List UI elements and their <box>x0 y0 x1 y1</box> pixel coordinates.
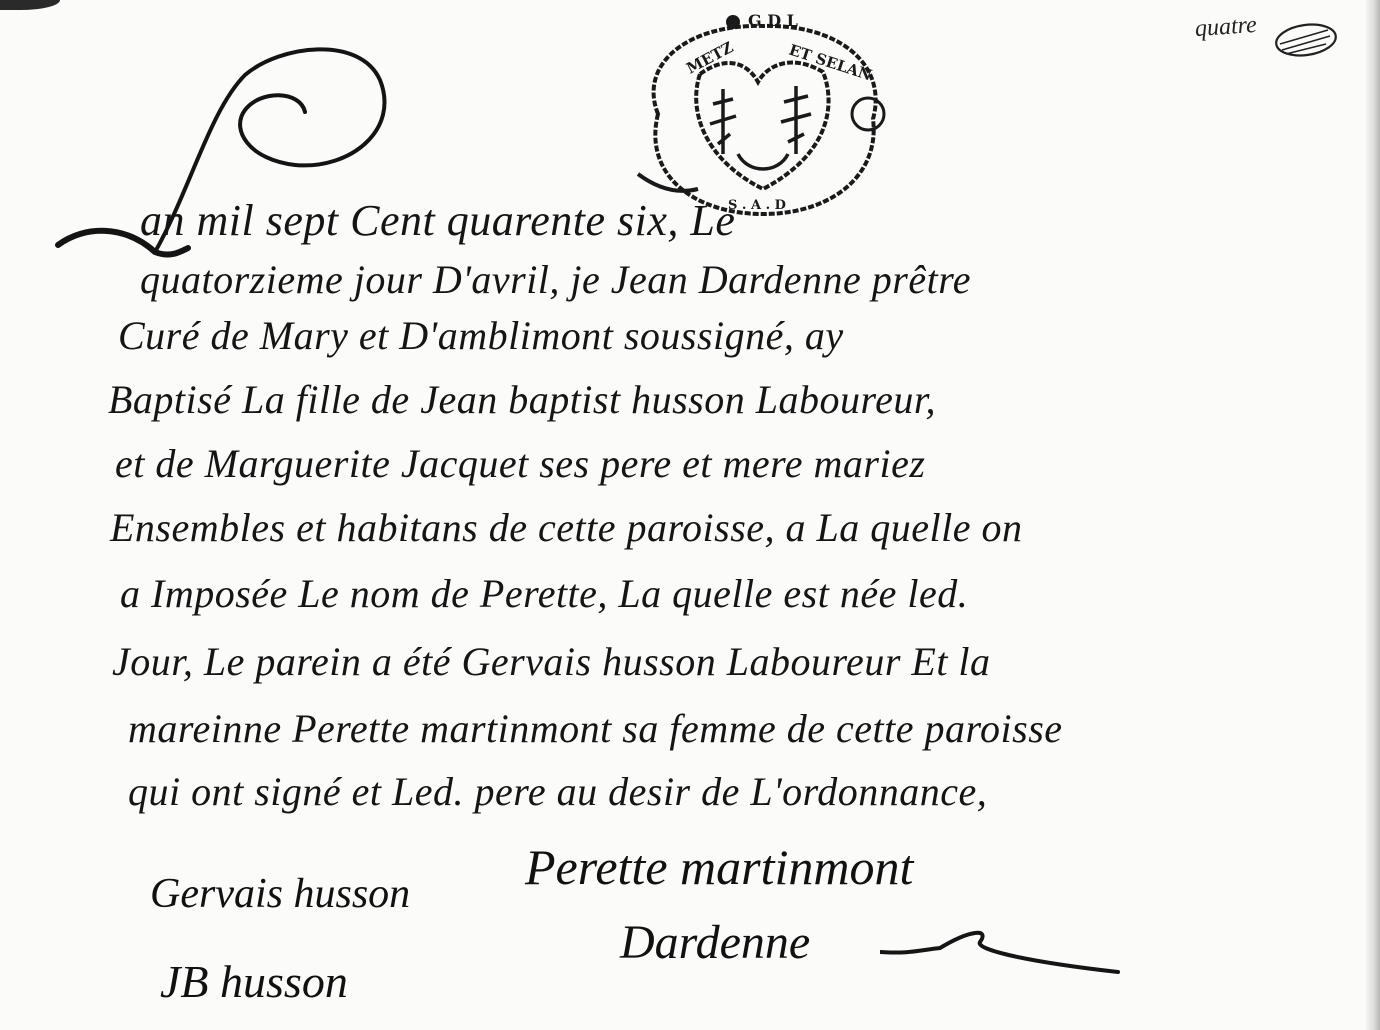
signature-jb-husson: JB husson <box>160 955 348 1008</box>
folio-flourish-icon <box>1270 18 1340 60</box>
tax-stamp-icon: G D L METZ ET SELAN S . A . D <box>618 4 908 224</box>
text-line-4: Baptisé La fille de Jean baptist husson … <box>108 376 936 423</box>
folio-label: quatre <box>1194 12 1258 43</box>
text-line-8: Jour, Le parein a été Gervais husson Lab… <box>112 638 991 685</box>
register-page: quatre G D L METZ ET SELAN S . A . D an … <box>0 0 1380 1030</box>
text-line-9: mareinne Perette martinmont sa femme de … <box>128 705 1063 752</box>
text-line-7: a Imposée Le nom de Perette, La quelle e… <box>120 570 968 617</box>
text-line-10: qui ont signé et Led. pere au desir de L… <box>128 768 987 815</box>
text-line-1: an mil sept Cent quarente six, Le <box>140 195 735 246</box>
signature-flourish-icon <box>880 920 1120 980</box>
signature-dardenne: Dardenne <box>620 915 810 970</box>
svg-text:METZ: METZ <box>683 38 736 77</box>
binding-edge-shadow <box>1366 0 1380 1030</box>
text-line-3: Curé de Mary et D'amblimont soussigné, a… <box>118 312 844 359</box>
svg-text:G D L: G D L <box>748 11 798 30</box>
signature-gervais-husson: Gervais husson <box>150 870 410 918</box>
text-line-2: quatorzieme jour D'avril, je Jean Darden… <box>140 256 971 303</box>
text-line-5: et de Marguerite Jacquet ses pere et mer… <box>115 440 925 487</box>
signature-perette-martinmont: Perette martinmont <box>525 838 913 896</box>
text-line-6: Ensembles et habitans de cette paroisse,… <box>110 504 1023 551</box>
page-edge-mark <box>0 0 60 10</box>
svg-text:S . A . D: S . A . D <box>728 198 786 213</box>
